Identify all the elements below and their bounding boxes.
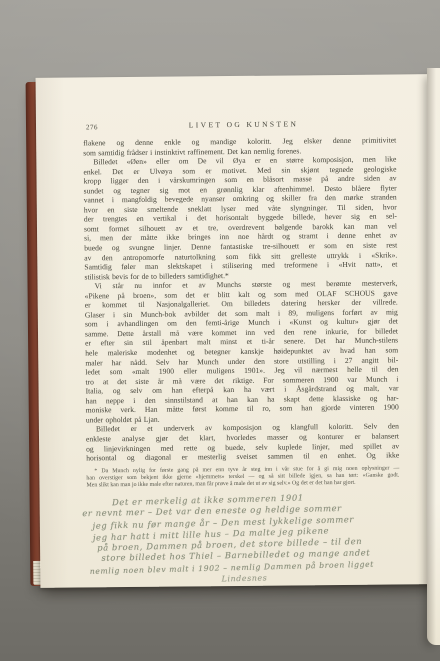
body-line: horisontal og diagonal er mesterlig svei… xyxy=(86,450,399,463)
handwritten-note: Det er merkelig at ikke sommeren 1901 er… xyxy=(86,490,401,588)
body-text: flakene og denne enkle og mandige kolori… xyxy=(83,135,399,463)
page-header: 276 LIVET OG KUNSTEN xyxy=(83,118,396,133)
book: 276 LIVET OG KUNSTEN flakene og denne en… xyxy=(26,74,440,590)
running-title: LIVET OG KUNSTEN xyxy=(83,118,396,130)
page-number: 276 xyxy=(86,123,98,131)
page-fore-edge xyxy=(427,68,440,645)
photo-background: 276 LIVET OG KUNSTEN flakene og denne en… xyxy=(0,0,440,661)
footnote: * Da Munch nylig for første gang på mer … xyxy=(86,465,399,490)
book-page: 276 LIVET OG KUNSTEN flakene og denne en… xyxy=(36,74,440,588)
page-content: 276 LIVET OG KUNSTEN flakene og denne en… xyxy=(83,118,400,586)
